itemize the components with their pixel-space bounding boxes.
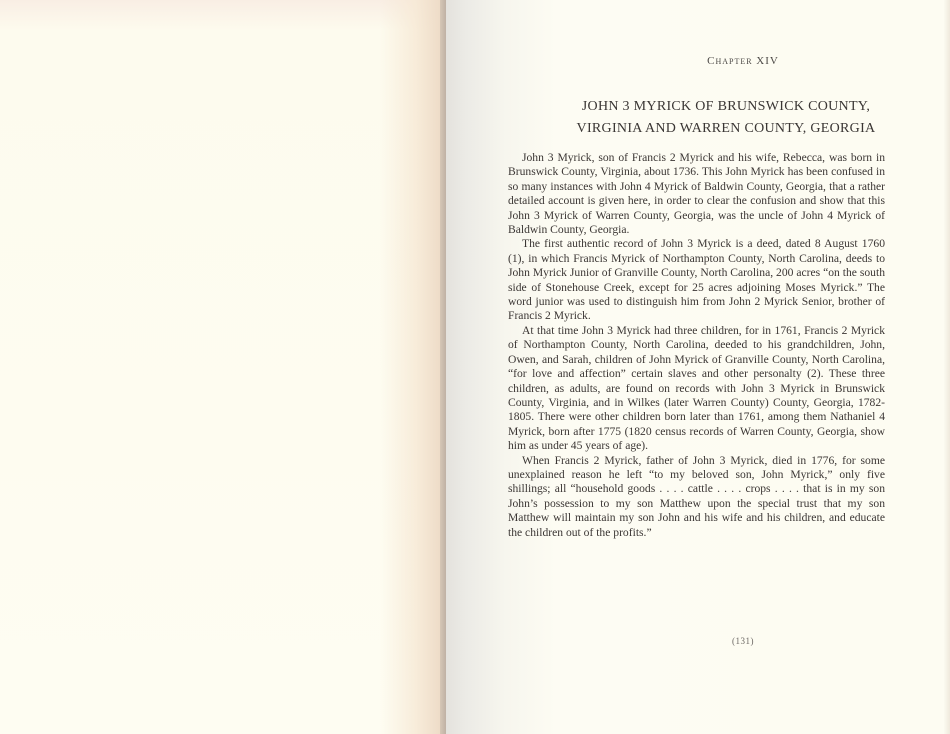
- paragraph-1: John 3 Myrick, son of Francis 2 Myrick a…: [508, 151, 885, 237]
- chapter-title: JOHN 3 MYRICK OF BRUNSWICK COUNTY, VIRGI…: [524, 96, 928, 140]
- right-page: Chapter XIV JOHN 3 MYRICK OF BRUNSWICK C…: [446, 0, 950, 734]
- chapter-title-line-2: VIRGINIA AND WARREN COUNTY, GEORGIA: [524, 118, 928, 140]
- book-spread: Chapter XIV JOHN 3 MYRICK OF BRUNSWICK C…: [0, 0, 950, 734]
- body-text: John 3 Myrick, son of Francis 2 Myrick a…: [508, 151, 885, 540]
- left-page-blank: [0, 0, 440, 734]
- paragraph-4: When Francis 2 Myrick, father of John 3 …: [508, 454, 885, 540]
- paragraph-3: At that time John 3 Myrick had three chi…: [508, 324, 885, 454]
- chapter-label: Chapter XIV: [546, 55, 940, 67]
- page-number: (131): [546, 636, 940, 646]
- paragraph-2: The first authentic record of John 3 Myr…: [508, 237, 885, 323]
- chapter-title-line-1: JOHN 3 MYRICK OF BRUNSWICK COUNTY,: [524, 96, 928, 118]
